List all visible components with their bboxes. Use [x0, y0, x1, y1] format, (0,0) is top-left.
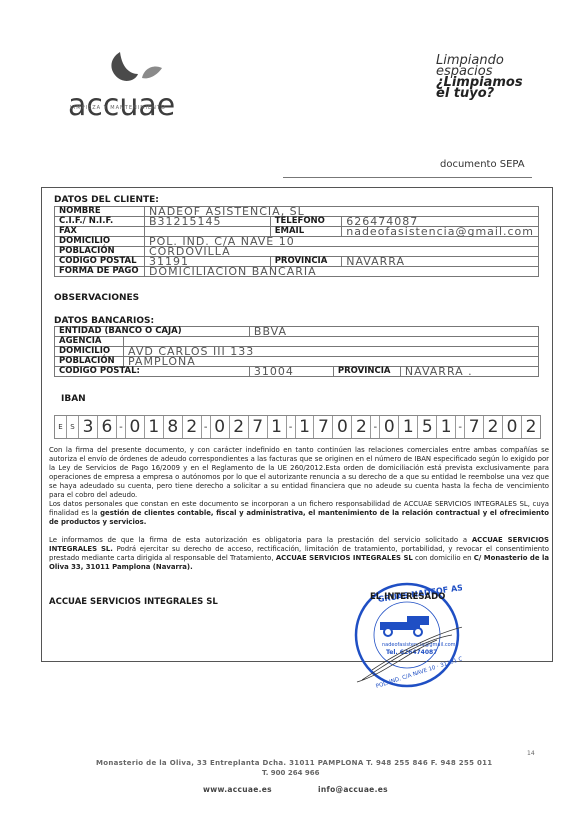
iban-cell[interactable]: -: [202, 416, 211, 438]
label-fax: FAX: [55, 227, 145, 237]
label-domicilio: DOMICILIO: [55, 237, 145, 247]
label-bank-poblacion: POBLACIÓN: [55, 357, 124, 367]
iban-cell[interactable]: 6: [98, 416, 117, 438]
page-number: 14: [527, 750, 535, 757]
iban-field[interactable]: ES36-0182-0271-1702-0151-7202: [54, 415, 541, 439]
iban-cell[interactable]: 0: [503, 416, 522, 438]
iban-title: IBAN: [61, 394, 86, 404]
svg-text:nadeofasistencia@gmail.com: nadeofasistencia@gmail.com: [382, 642, 456, 648]
logo-tagline: LIMPIEZA Y MANTENIMIENTO: [70, 105, 166, 111]
legal-text-bold: gestión de clientes contable, fiscal y a…: [49, 509, 549, 526]
footer-email-link[interactable]: info@accuae.es: [318, 785, 388, 794]
field-bank-poblacion[interactable]: PAMPLONA: [124, 357, 539, 367]
iban-cell[interactable]: 1: [268, 416, 287, 438]
label-cif: C.I.F./ N.I.F.: [55, 217, 145, 227]
field-email[interactable]: nadeofasistencia@gmail.com: [342, 227, 539, 237]
legal-text: con domicilio en: [413, 554, 474, 562]
client-signature-label: EL INTERESADO: [370, 592, 445, 602]
field-forma-pago[interactable]: DOMICILIACION BANCARIA: [144, 267, 538, 277]
legal-text: Le informamos de que la firma de esta au…: [49, 536, 472, 544]
label-bank-provincia: PROVINCIA: [333, 367, 400, 377]
iban-cell[interactable]: -: [287, 416, 296, 438]
iban-cell[interactable]: 2: [522, 416, 540, 438]
iban-cell[interactable]: 0: [333, 416, 352, 438]
company-signature-label: ACCUAE SERVICIOS INTEGRALES SL: [49, 597, 218, 607]
iban-cell[interactable]: E: [55, 416, 67, 438]
field-provincia[interactable]: NAVARRA: [342, 257, 539, 267]
iban-cell[interactable]: 2: [352, 416, 371, 438]
field-cif[interactable]: B31215145: [144, 217, 270, 227]
bank-table: ENTIDAD (BANCO O CAJA) BBVA AGENCIA DOMI…: [54, 326, 539, 377]
table-row: ENTIDAD (BANCO O CAJA) BBVA: [55, 327, 539, 337]
label-entidad: ENTIDAD (BANCO O CAJA): [55, 327, 250, 337]
label-nombre: NOMBRE: [55, 207, 145, 217]
iban-cell[interactable]: 1: [145, 416, 164, 438]
footer-website-link[interactable]: www.accuae.es: [203, 785, 272, 794]
legal-paragraph-3: Le informamos de que la firma de esta au…: [49, 536, 549, 572]
table-row: CODIGO POSTAL: 31004 PROVINCIA NAVARRA .: [55, 367, 539, 377]
title-divider: [283, 177, 532, 178]
svg-text:Tel. 626474087: Tel. 626474087: [386, 649, 437, 656]
iban-cell[interactable]: 0: [211, 416, 230, 438]
iban-cell[interactable]: -: [456, 416, 465, 438]
footer-address: Monasterio de la Oliva, 33 Entreplanta D…: [96, 759, 492, 767]
iban-cell[interactable]: 2: [183, 416, 202, 438]
iban-cell[interactable]: 2: [230, 416, 249, 438]
iban-cell[interactable]: 1: [437, 416, 456, 438]
bank-section-title: DATOS BANCARIOS:: [54, 316, 154, 326]
legal-text-bold: ACCUAE SERVICIOS INTEGRALES SL: [276, 554, 413, 562]
table-row: FORMA DE PAGO DOMICILIACION BANCARIA: [55, 267, 539, 277]
observaciones-title: OBSERVACIONES: [54, 293, 139, 303]
field-bank-provincia[interactable]: NAVARRA .: [400, 367, 538, 377]
table-row: DOMICILIO POL. IND. C/A NAVE 10: [55, 237, 539, 247]
label-codigo-postal: CODIGO POSTAL: [55, 257, 145, 267]
document-title: documento SEPA: [440, 159, 525, 170]
iban-cell[interactable]: S: [67, 416, 79, 438]
field-entidad[interactable]: BBVA: [249, 327, 538, 337]
table-row: FAX EMAIL nadeofasistencia@gmail.com: [55, 227, 539, 237]
field-bank-codigo-postal[interactable]: 31004: [249, 367, 333, 377]
legal-paragraph-1: Con la firma del presente documento, y c…: [49, 446, 549, 501]
slogan: Limpiando espacios ¿Limpiamos el tuyo?: [436, 55, 523, 99]
iban-cell[interactable]: 5: [418, 416, 437, 438]
iban-cell[interactable]: 3: [79, 416, 98, 438]
footer-phone: T. 900 264 966: [262, 769, 320, 777]
label-bank-domicilio: DOMICILIO: [55, 347, 124, 357]
label-poblacion: POBLACIÓN: [55, 247, 145, 257]
iban-cell[interactable]: 8: [164, 416, 183, 438]
label-telefono: TELEFONO: [270, 217, 342, 227]
label-bank-codigo-postal: CODIGO POSTAL:: [55, 367, 250, 377]
iban-cell[interactable]: -: [117, 416, 126, 438]
table-row: NOMBRE NADEOF ASISTENCIA, SL: [55, 207, 539, 217]
table-row: POBLACIÓN CORDOVILLA: [55, 247, 539, 257]
legal-paragraph-2: Los datos personales que constan en este…: [49, 500, 549, 527]
iban-cell[interactable]: 7: [465, 416, 484, 438]
iban-cell[interactable]: 7: [314, 416, 333, 438]
iban-cell[interactable]: 0: [380, 416, 399, 438]
label-agencia: AGENCIA: [55, 337, 124, 347]
iban-cell[interactable]: 1: [399, 416, 418, 438]
iban-cell[interactable]: 7: [249, 416, 268, 438]
label-forma-pago: FORMA DE PAGO: [55, 267, 145, 277]
iban-cell[interactable]: 0: [126, 416, 145, 438]
iban-cell[interactable]: 2: [484, 416, 503, 438]
client-table: NOMBRE NADEOF ASISTENCIA, SL C.I.F./ N.I…: [54, 206, 539, 277]
field-poblacion[interactable]: CORDOVILLA: [144, 247, 538, 257]
iban-cell[interactable]: -: [371, 416, 380, 438]
client-section-title: DATOS DEL CLIENTE:: [54, 195, 159, 205]
iban-cell[interactable]: 1: [296, 416, 315, 438]
